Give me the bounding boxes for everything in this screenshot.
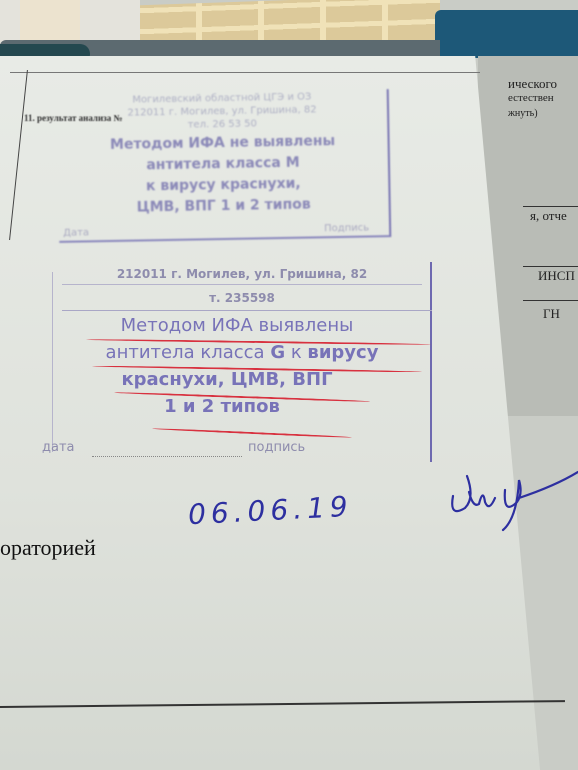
faded-stamp-signature-label: Подпись xyxy=(324,222,369,234)
side-doc-line: я, отче xyxy=(530,208,567,224)
stamp-address: 212011 г. Могилев, ул. Гришина, 82 xyxy=(52,267,432,281)
side-doc-line: ГН xyxy=(543,306,560,322)
handwritten-signature-icon xyxy=(445,468,578,538)
faded-stamp-text: антитела класса М xyxy=(58,153,388,176)
stamp-line-2: антитела класса G к вирусу xyxy=(52,342,432,363)
faded-stamp-text: Методом ИФА не выявлены xyxy=(57,132,387,155)
side-doc-line: жнуть) xyxy=(508,108,538,119)
form-top-line xyxy=(10,72,480,73)
stamp-text: антитела класса xyxy=(106,342,271,363)
stamp-date-line xyxy=(92,456,242,457)
stamp-phone: т. 235598 xyxy=(52,291,432,305)
side-doc-rule xyxy=(523,206,578,207)
stamp-line-1: Методом ИФА выявлены xyxy=(52,315,422,336)
faded-stamp-date-label: Дата xyxy=(63,227,89,238)
background-blue-folder xyxy=(435,10,578,58)
stamp-divider xyxy=(62,310,432,311)
stamp-date-label: дата xyxy=(42,440,75,455)
side-doc-line: естествен xyxy=(508,92,554,104)
side-doc-line: ИНСП xyxy=(538,268,575,284)
stamp-text: вирусу xyxy=(307,342,378,363)
faded-stamp-text: к вирусу краснухи, xyxy=(58,174,388,197)
side-doc-rule xyxy=(523,266,578,267)
faded-stamp-igm: Могилевский областной ЦГЭ и ОЗ 212011 г.… xyxy=(57,89,392,243)
side-doc-line: ического xyxy=(508,76,557,92)
stamp-text: к xyxy=(285,342,307,363)
faded-stamp-text: ЦМВ, ВПГ 1 и 2 типов xyxy=(59,195,389,218)
laboratory-text: оратори­ей xyxy=(0,535,96,561)
stamp-line-3: краснухи, ЦМВ, ВПГ xyxy=(52,369,402,390)
stamp-signature-label: подпись xyxy=(248,440,305,455)
side-doc-rule xyxy=(523,300,578,301)
stamp-divider xyxy=(62,284,422,285)
stamp-class-g: G xyxy=(270,342,285,363)
